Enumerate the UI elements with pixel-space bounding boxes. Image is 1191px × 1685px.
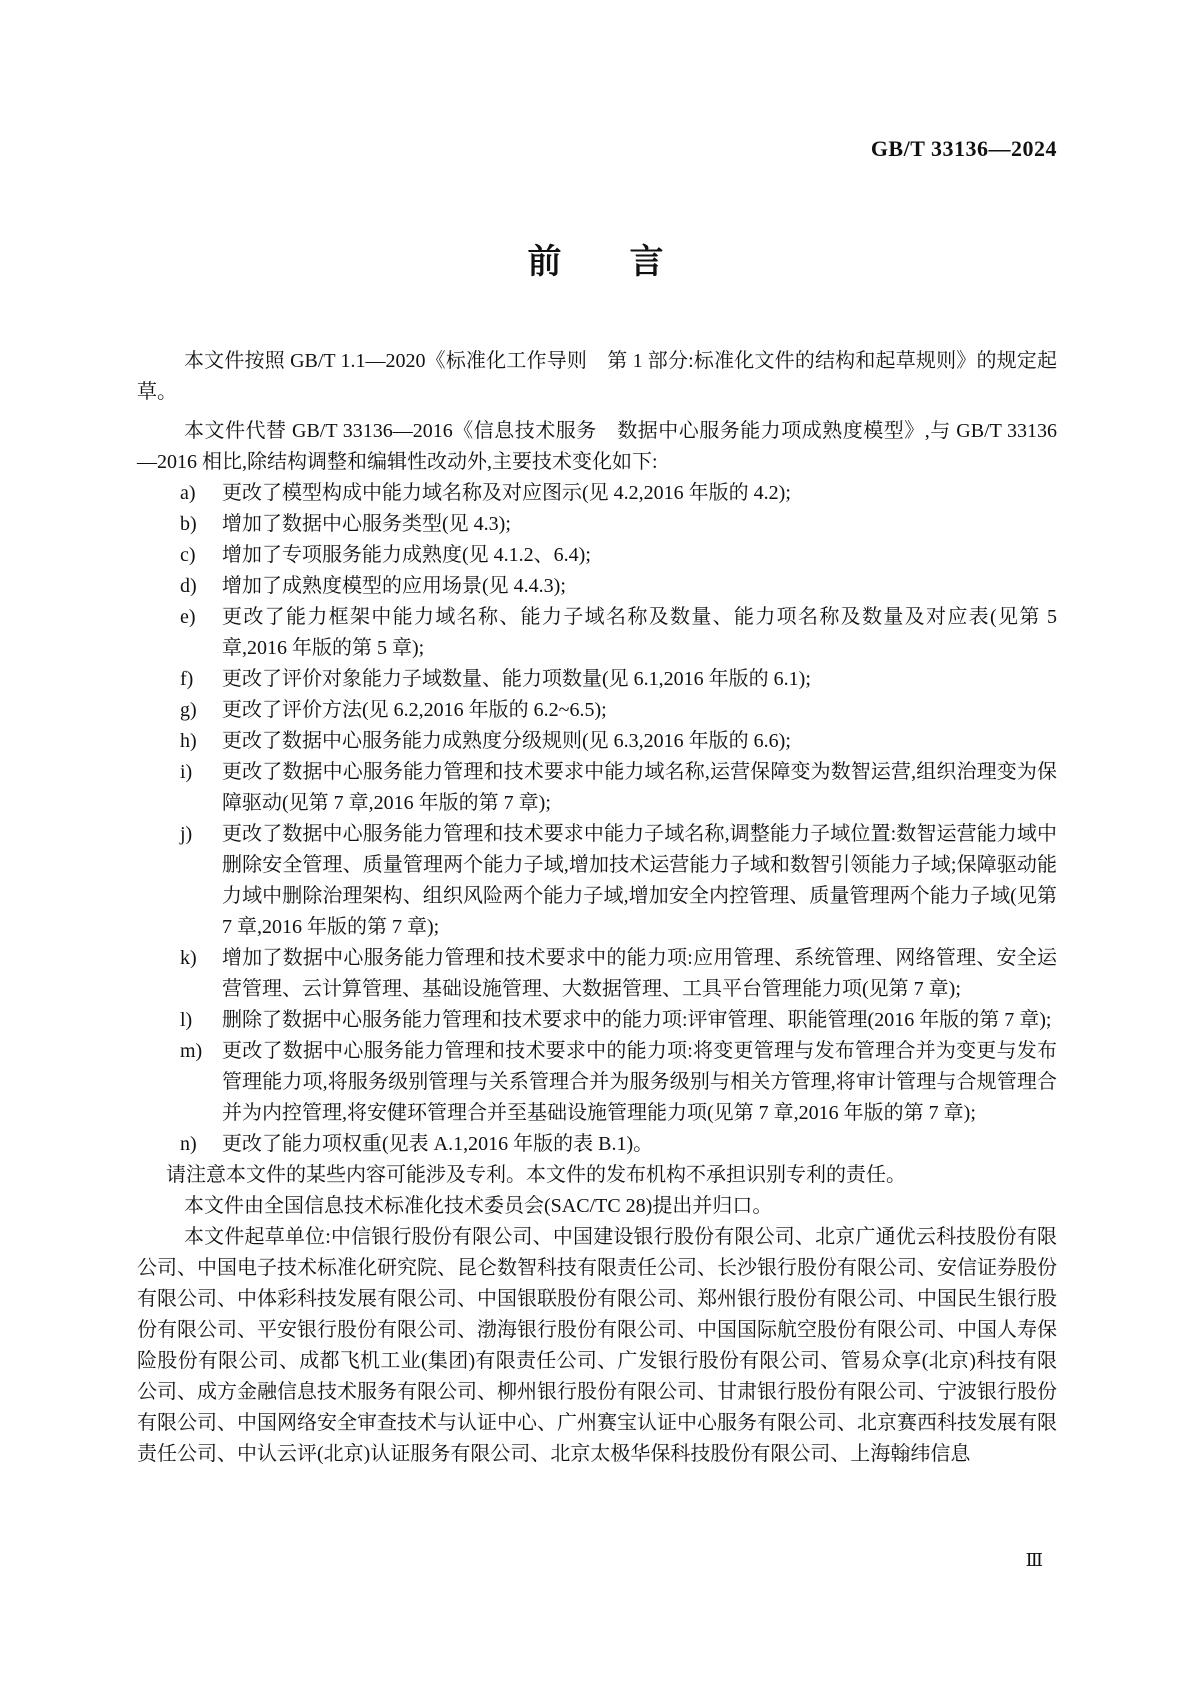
page-title: 前 言 bbox=[0, 243, 1191, 281]
paragraph-basis: 本文件按照 GB/T 1.1—2020《标准化工作导则 第 1 部分:标准化文件… bbox=[137, 346, 1057, 408]
change-text: 增加了数据中心服务能力管理和技术要求中的能力项:应用管理、系统管理、网络管理、安… bbox=[222, 947, 1057, 1000]
change-item-l: l) 删除了数据中心服务能力管理和技术要求中的能力项:评审管理、职能管理(201… bbox=[137, 1005, 1057, 1036]
change-text: 删除了数据中心服务能力管理和技术要求中的能力项:评审管理、职能管理(2016 年… bbox=[222, 1009, 1051, 1031]
change-label: m) bbox=[180, 1036, 202, 1067]
change-item-d: d) 增加了成熟度模型的应用场景(见 4.4.3); bbox=[137, 571, 1057, 602]
change-label: l) bbox=[180, 1005, 192, 1036]
paragraph-committee: 本文件由全国信息技术标准化技术委员会(SAC/TC 28)提出并归口。 bbox=[137, 1191, 1057, 1222]
foreword-body: 本文件按照 GB/T 1.1—2020《标准化工作导则 第 1 部分:标准化文件… bbox=[137, 346, 1057, 1470]
page-number: Ⅲ bbox=[137, 1550, 1057, 1571]
paragraph-patent-note: 请注意本文件的某些内容可能涉及专利。本文件的发布机构不承担识别专利的责任。 bbox=[137, 1160, 1057, 1191]
change-item-j: j) 更改了数据中心服务能力管理和技术要求中能力子域名称,调整能力子域位置:数智… bbox=[137, 819, 1057, 943]
change-label: d) bbox=[180, 571, 197, 602]
page-number-value: Ⅲ bbox=[1026, 1550, 1043, 1570]
change-item-e: e) 更改了能力框架中能力域名称、能力子域名称及数量、能力项名称及数量及对应表(… bbox=[137, 602, 1057, 664]
change-label: f) bbox=[180, 664, 193, 695]
change-item-b: b) 增加了数据中心服务类型(见 4.3); bbox=[137, 509, 1057, 540]
change-label: a) bbox=[180, 478, 196, 509]
paragraph-replacement: 本文件代替 GB/T 33136—2016《信息技术服务 数据中心服务能力项成熟… bbox=[137, 416, 1057, 478]
change-text: 更改了数据中心服务能力管理和技术要求中的能力项:将变更管理与发布管理合并为变更与… bbox=[222, 1040, 1057, 1124]
change-item-i: i) 更改了数据中心服务能力管理和技术要求中能力域名称,运营保障变为数智运营,组… bbox=[137, 757, 1057, 819]
change-item-c: c) 增加了专项服务能力成熟度(见 4.1.2、6.4); bbox=[137, 540, 1057, 571]
change-label: e) bbox=[180, 602, 196, 633]
change-label: k) bbox=[180, 943, 197, 974]
change-text: 更改了能力框架中能力域名称、能力子域名称及数量、能力项名称及数量及对应表(见第 … bbox=[222, 606, 1057, 659]
paragraph-drafting-units: 本文件起草单位:中信银行股份有限公司、中国建设银行股份有限公司、北京广通优云科技… bbox=[137, 1222, 1057, 1470]
change-label: c) bbox=[180, 540, 196, 571]
change-item-n: n) 更改了能力项权重(见表 A.1,2016 年版的表 B.1)。 bbox=[137, 1129, 1057, 1160]
change-text: 更改了数据中心服务能力成熟度分级规则(见 6.3,2016 年版的 6.6); bbox=[222, 730, 791, 752]
changes-list: a) 更改了模型构成中能力域名称及对应图示(见 4.2,2016 年版的 4.2… bbox=[137, 478, 1057, 1160]
change-label: n) bbox=[180, 1129, 197, 1160]
change-label: h) bbox=[180, 726, 197, 757]
change-label: j) bbox=[180, 819, 192, 850]
change-label: i) bbox=[180, 757, 192, 788]
change-text: 增加了成熟度模型的应用场景(见 4.4.3); bbox=[222, 575, 566, 597]
change-label: g) bbox=[180, 695, 197, 726]
standard-number: GB/T 33136—2024 bbox=[137, 136, 1057, 162]
change-text: 更改了数据中心服务能力管理和技术要求中能力域名称,运营保障变为数智运营,组织治理… bbox=[222, 761, 1057, 814]
change-text: 更改了评价对象能力子域数量、能力项数量(见 6.1,2016 年版的 6.1); bbox=[222, 668, 811, 690]
change-item-m: m) 更改了数据中心服务能力管理和技术要求中的能力项:将变更管理与发布管理合并为… bbox=[137, 1036, 1057, 1129]
change-item-f: f) 更改了评价对象能力子域数量、能力项数量(见 6.1,2016 年版的 6.… bbox=[137, 664, 1057, 695]
change-item-a: a) 更改了模型构成中能力域名称及对应图示(见 4.2,2016 年版的 4.2… bbox=[137, 478, 1057, 509]
change-text: 更改了模型构成中能力域名称及对应图示(见 4.2,2016 年版的 4.2); bbox=[222, 482, 791, 504]
change-item-k: k) 增加了数据中心服务能力管理和技术要求中的能力项:应用管理、系统管理、网络管… bbox=[137, 943, 1057, 1005]
document-page: GB/T 33136—2024 前 言 本文件按照 GB/T 1.1—2020《… bbox=[0, 0, 1191, 1685]
change-item-g: g) 更改了评价方法(见 6.2,2016 年版的 6.2~6.5); bbox=[137, 695, 1057, 726]
change-text: 增加了数据中心服务类型(见 4.3); bbox=[222, 513, 511, 535]
change-text: 更改了评价方法(见 6.2,2016 年版的 6.2~6.5); bbox=[222, 699, 607, 721]
change-item-h: h) 更改了数据中心服务能力成熟度分级规则(见 6.3,2016 年版的 6.6… bbox=[137, 726, 1057, 757]
change-text: 更改了能力项权重(见表 A.1,2016 年版的表 B.1)。 bbox=[222, 1133, 653, 1155]
change-label: b) bbox=[180, 509, 197, 540]
change-text: 更改了数据中心服务能力管理和技术要求中能力子域名称,调整能力子域位置:数智运营能… bbox=[222, 823, 1057, 938]
change-text: 增加了专项服务能力成熟度(见 4.1.2、6.4); bbox=[222, 544, 591, 566]
